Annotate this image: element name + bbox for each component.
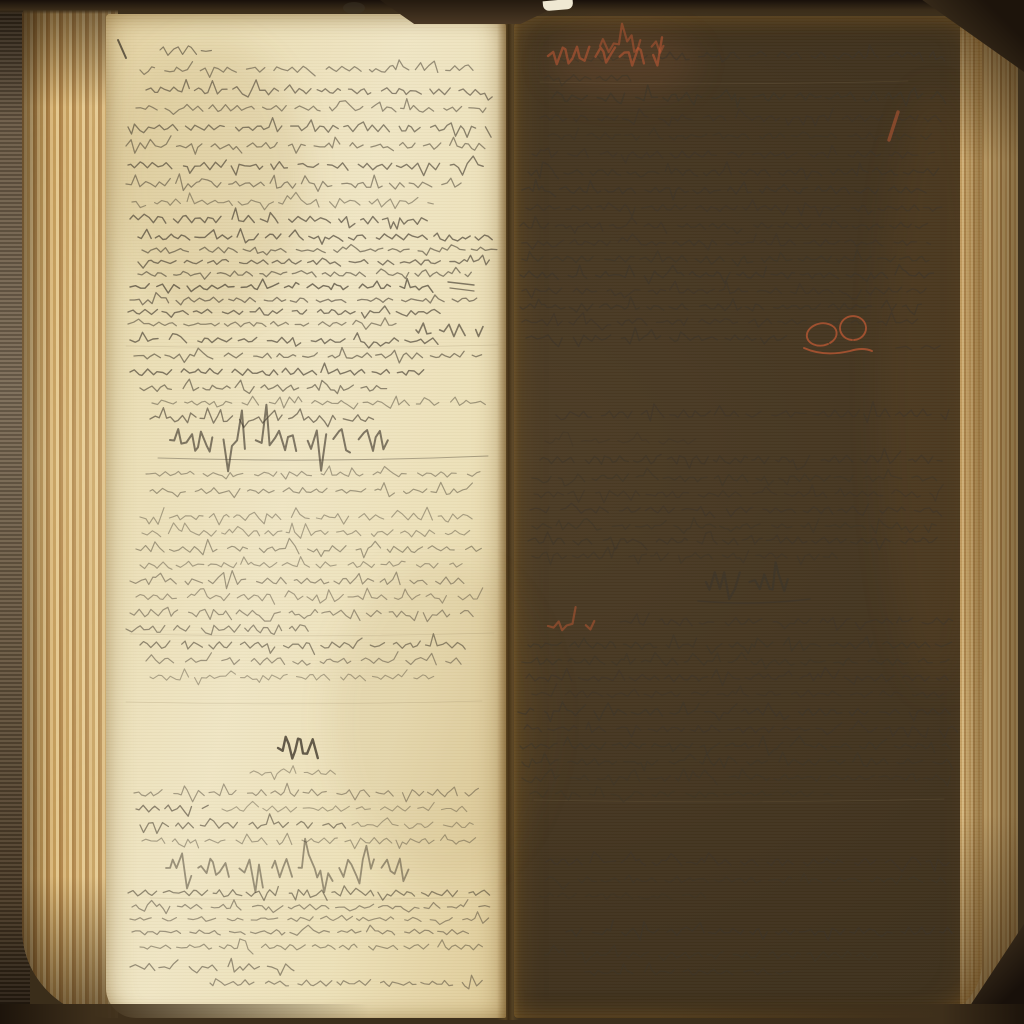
right-page xyxy=(514,16,982,1018)
open-manuscript-book-photo xyxy=(0,0,1024,1024)
cover-bottom-band xyxy=(0,1004,1024,1024)
book-gutter-shadow xyxy=(497,12,519,1020)
left-page xyxy=(106,14,506,1018)
left-fanned-page-edges xyxy=(22,6,118,1018)
